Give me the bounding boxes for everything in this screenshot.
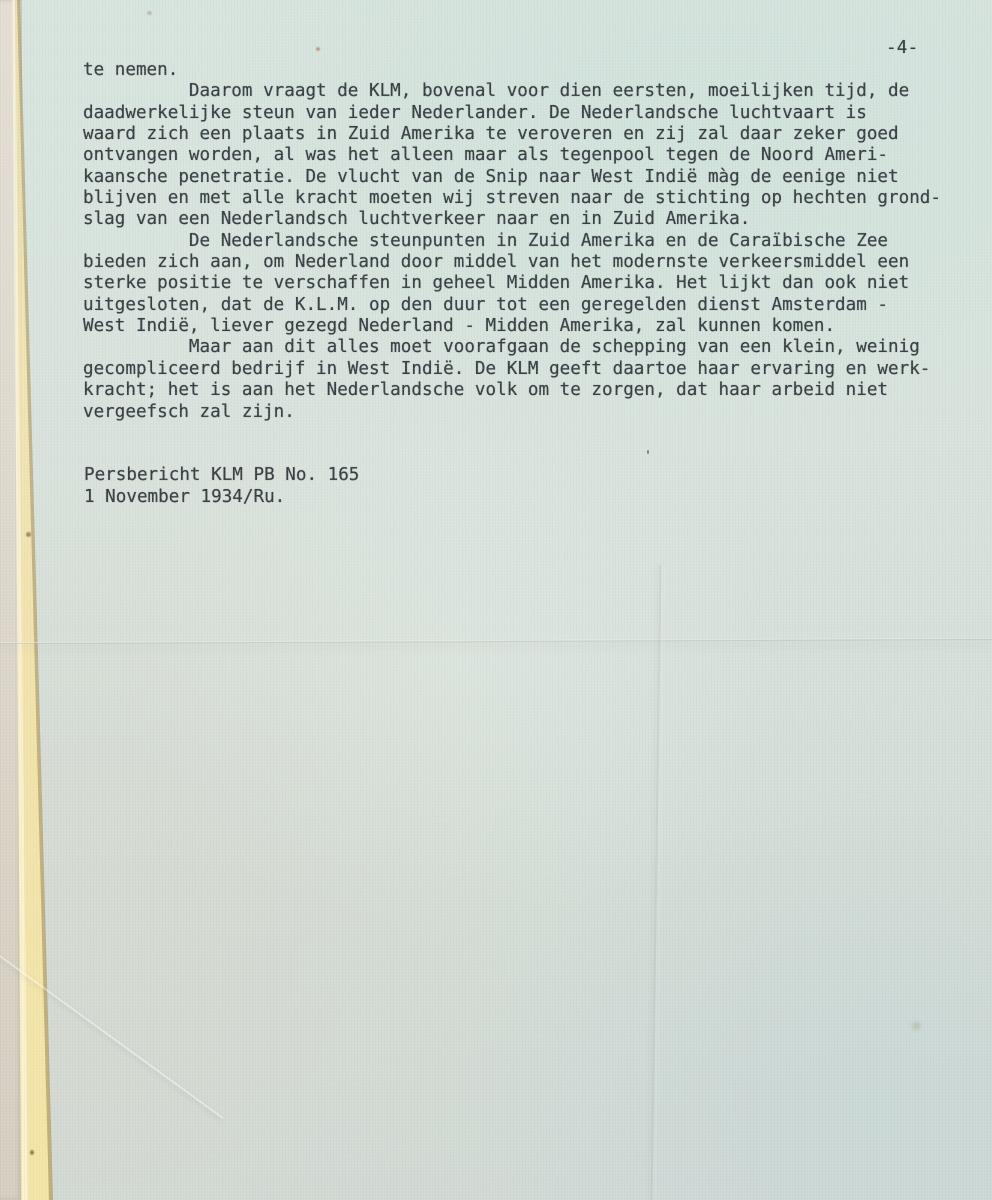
text-line: Daarom vraagt de KLM, bovenal voor dien … xyxy=(83,81,973,102)
foxing-spot xyxy=(912,1022,921,1030)
text-line: kracht; het is aan het Nederlandsche vol… xyxy=(83,380,973,401)
page-number: -4- xyxy=(886,38,918,58)
text-line: waard zich een plaats in Zuid Amerika te… xyxy=(83,124,973,145)
foxing-spot xyxy=(316,47,320,51)
scanned-document-page: -4- te nemen. Daarom vraagt de KLM, bove… xyxy=(0,0,992,1200)
document-footer: Persbericht KLM PB No. 165 1 November 19… xyxy=(84,465,359,509)
text-line: ontvangen worden, al was het alleen maar… xyxy=(83,145,973,166)
text-line: daadwerkelijke steun van ieder Nederland… xyxy=(83,103,973,124)
text-line: vergeefsch zal zijn. xyxy=(83,402,973,423)
text-line: bieden zich aan, om Nederland door midde… xyxy=(83,252,973,273)
vertical-fold-crease xyxy=(651,565,662,1200)
text-line: Maar aan dit alles moet voorafgaan de sc… xyxy=(83,337,973,358)
press-release-reference: Persbericht KLM PB No. 165 xyxy=(84,465,359,487)
typewritten-body: te nemen. Daarom vraagt de KLM, bovenal … xyxy=(83,60,973,423)
foxing-spot xyxy=(147,11,152,15)
text-line: sterke positie te verschaffen in geheel … xyxy=(83,273,973,294)
text-line: blijven en met alle kracht moeten wij st… xyxy=(83,188,973,209)
text-line: uitgesloten, dat de K.L.M. op den duur t… xyxy=(83,295,973,316)
date-line: 1 November 1934/Ru. xyxy=(84,487,359,509)
text-line: gecompliceerd bedrijf in West Indië. De … xyxy=(83,359,973,380)
text-line: De Nederlandsche steunpunten in Zuid Ame… xyxy=(83,231,973,252)
text-line: kaansche penetratie. De vlucht van de Sn… xyxy=(83,167,973,188)
text-line: slag van een Nederlandsch luchtverkeer n… xyxy=(83,209,973,230)
text-line: West Indië, liever gezegd Nederland - Mi… xyxy=(83,316,973,337)
text-line: te nemen. xyxy=(83,60,973,81)
ink-speck xyxy=(647,450,649,454)
horizontal-fold-crease xyxy=(0,638,992,644)
